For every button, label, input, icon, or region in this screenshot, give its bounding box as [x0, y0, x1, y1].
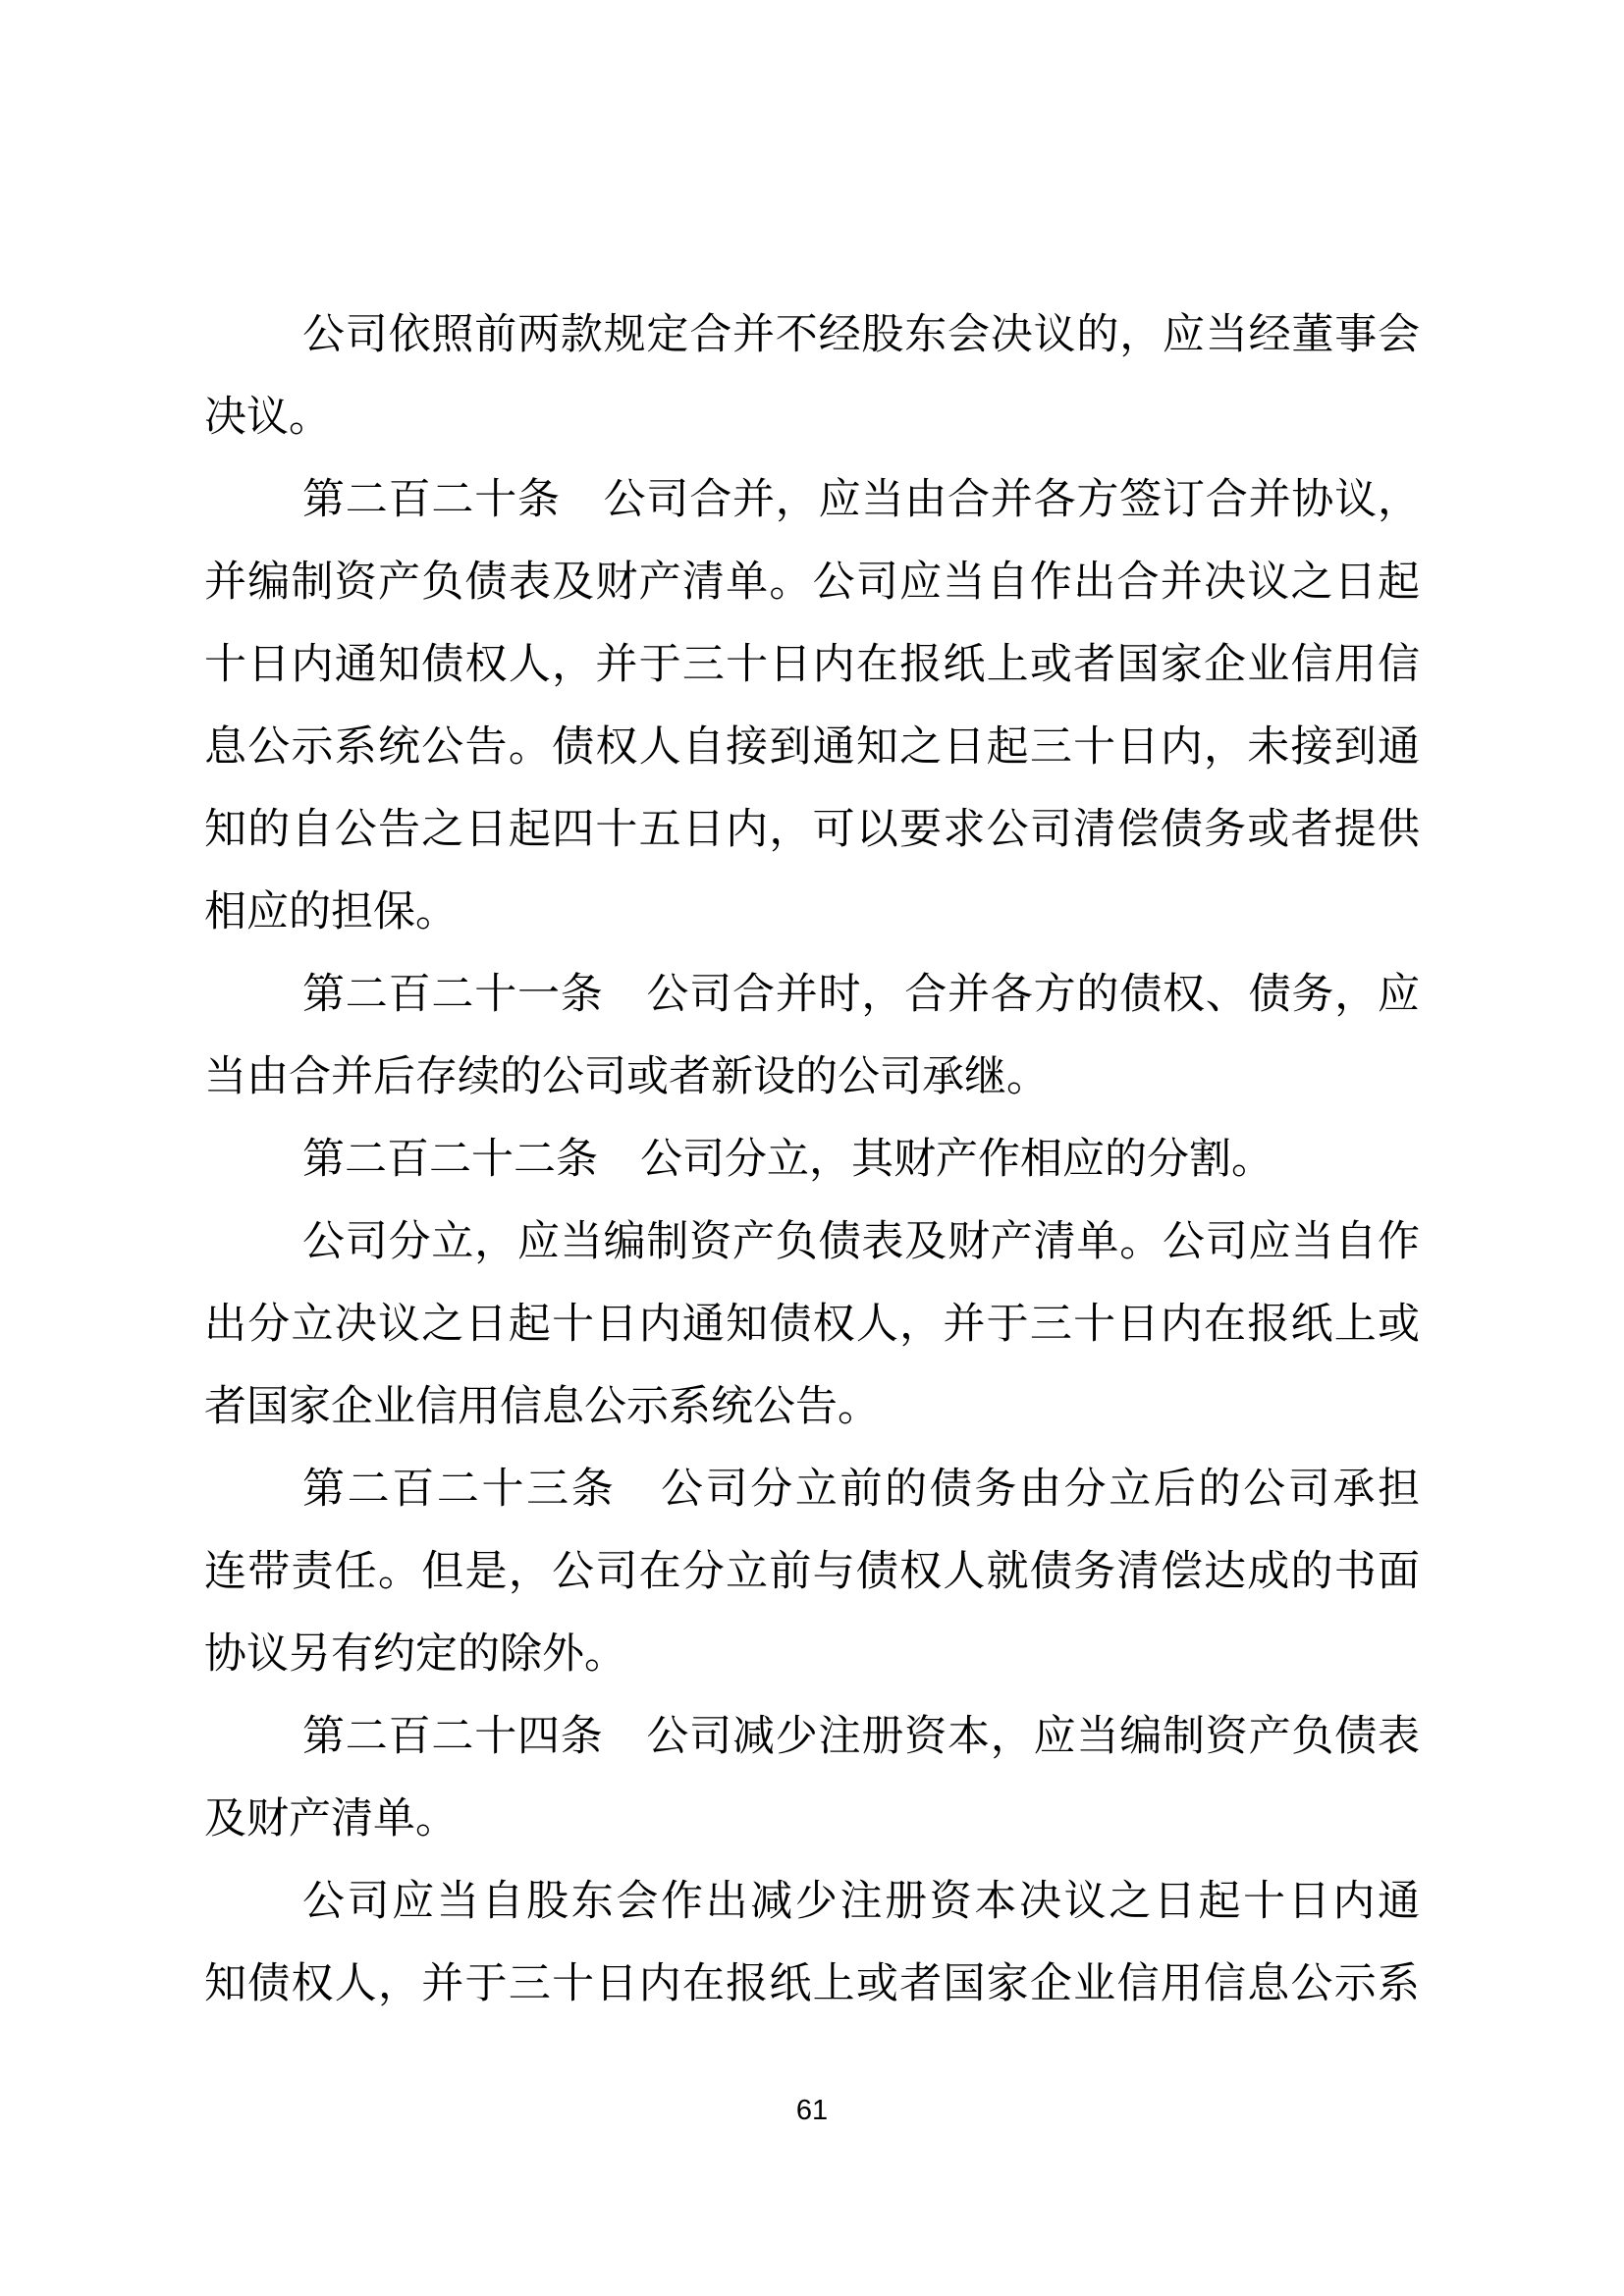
- text-line: 知债权人，并于三十日内在报纸上或者国家企业信用信息公示系: [204, 1944, 1420, 2026]
- document-body: 公司依照前两款规定合并不经股东会决议的，应当经董事会 决议。 第二百二十条 公司…: [204, 294, 1420, 2026]
- text-line: 知的自公告之日起四十五日内，可以要求公司清偿债务或者提供: [204, 789, 1420, 872]
- text-line: 相应的担保。: [204, 872, 1420, 954]
- article-heading-line: 第二百二十三条 公司分立前的债务由分立后的公司承担: [204, 1449, 1420, 1531]
- article-heading-line: 第二百二十二条 公司分立，其财产作相应的分割。: [204, 1119, 1420, 1201]
- text-line: 公司依照前两款规定合并不经股东会决议的，应当经董事会: [204, 294, 1420, 377]
- text-line: 并编制资产负债表及财产清单。公司应当自作出合并决议之日起: [204, 542, 1420, 624]
- text-line: 协议另有约定的除外。: [204, 1614, 1420, 1696]
- text-line: 公司应当自股东会作出减少注册资本决议之日起十日内通: [204, 1861, 1420, 1944]
- text-line: 者国家企业信用信息公示系统公告。: [204, 1366, 1420, 1449]
- text-line: 决议。: [204, 377, 1420, 459]
- article-heading-line: 第二百二十一条 公司合并时，合并各方的债权、债务，应: [204, 954, 1420, 1037]
- text-line: 息公示系统公告。债权人自接到通知之日起三十日内，未接到通: [204, 707, 1420, 789]
- page-number: 61: [0, 2095, 1624, 2127]
- text-line: 十日内通知债权人，并于三十日内在报纸上或者国家企业信用信: [204, 624, 1420, 707]
- text-line: 当由合并后存续的公司或者新设的公司承继。: [204, 1037, 1420, 1119]
- article-heading-line: 第二百二十四条 公司减少注册资本，应当编制资产负债表: [204, 1696, 1420, 1779]
- document-page: 公司依照前两款规定合并不经股东会决议的，应当经董事会 决议。 第二百二十条 公司…: [0, 0, 1624, 2296]
- text-line: 连带责任。但是，公司在分立前与债权人就债务清偿达成的书面: [204, 1531, 1420, 1614]
- text-line: 出分立决议之日起十日内通知债权人，并于三十日内在报纸上或: [204, 1284, 1420, 1366]
- text-line: 及财产清单。: [204, 1779, 1420, 1861]
- text-line: 公司分立，应当编制资产负债表及财产清单。公司应当自作: [204, 1201, 1420, 1284]
- article-heading-line: 第二百二十条 公司合并，应当由合并各方签订合并协议，: [204, 459, 1420, 542]
